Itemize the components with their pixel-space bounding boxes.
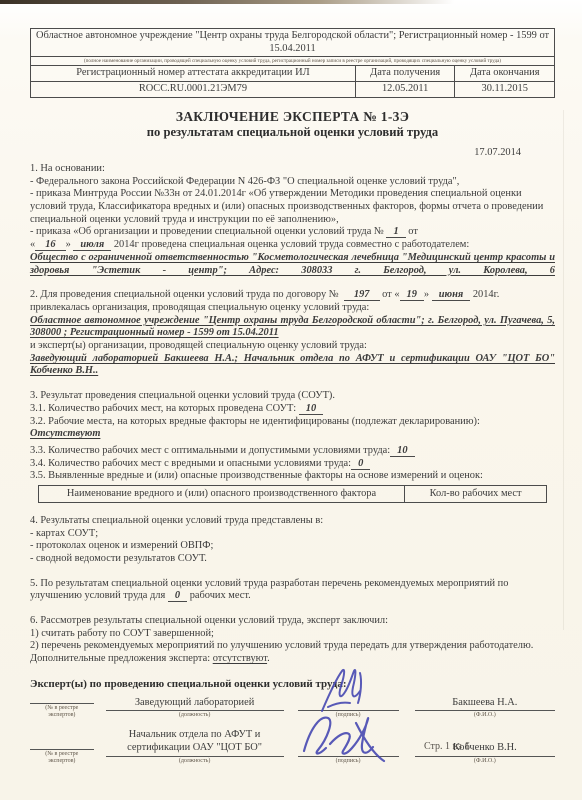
expert-name: Бакшеева Н.А. <box>415 697 555 712</box>
section-5-pre: 5. По результатам специальной оценки усл… <box>30 578 508 602</box>
section-5: 5. По результатам специальной оценки усл… <box>30 578 555 603</box>
measures-workplaces-value: 0 <box>168 590 187 602</box>
item-3-3: 3.3. Количество рабочих мест с оптимальн… <box>30 445 555 458</box>
order-month-value: июля <box>73 239 111 251</box>
document-content: Областное автономное учреждение "Центр о… <box>0 0 582 765</box>
contract-day-value: 19 <box>400 289 424 301</box>
order-number-value: 1 <box>386 226 405 238</box>
position-caption: (должность) <box>106 711 284 719</box>
registry-caption: (№ в реестреэкспертов) <box>30 703 94 719</box>
conclusion-item-2: 2) перечень рекомендуемых мероприятий по… <box>30 640 555 653</box>
section-4-heading: 4. Результаты специальной оценки условий… <box>30 515 555 528</box>
factor-count-header: Кол-во рабочих мест <box>404 486 546 503</box>
position-field: Заведующий лабораторией (должность) <box>106 697 284 720</box>
accreditation-table: Областное автономное учреждение "Центр о… <box>30 28 555 98</box>
item-text: 3.1. Количество рабочих мест, на которых… <box>30 403 296 414</box>
caption-text: экспертов) <box>48 758 75 764</box>
registry-number-field: (№ в реестреэкспертов) <box>30 703 94 719</box>
organization-caption-cell: (полное наименование организации, провод… <box>31 57 555 66</box>
order-text: от <box>408 226 418 237</box>
expert-position: Начальник отдела по АФУТ и сертификации … <box>106 729 284 756</box>
table-row: Регистрационный номер аттестата аккредит… <box>31 66 555 82</box>
contract-month-value: июня <box>432 289 471 301</box>
position-caption: (должность) <box>106 757 284 765</box>
contract-number-value: 197 <box>344 289 380 301</box>
order-day-value: 16 <box>35 239 65 251</box>
signature-line <box>298 698 399 711</box>
item-text: 3.3. Количество рабочих мест с оптимальн… <box>30 445 390 456</box>
document-date: 17.07.2014 <box>30 147 555 160</box>
item-3-5: 3.5. Выявленные вредные и (или) опасные … <box>30 470 555 483</box>
item-3-4: 3.4. Количество рабочих мест с вредными … <box>30 458 555 471</box>
caption-text: экспертов) <box>48 712 75 718</box>
section-2-contract-line: 2. Для проведения специальной оценки усл… <box>30 289 555 314</box>
date-expiry-header: Дата окончания <box>455 66 555 82</box>
extra-proposals-line: Дополнительные предложения эксперта: отс… <box>30 653 555 666</box>
section-2: 2. Для проведения специальной оценки усл… <box>30 289 555 378</box>
list-item: - картах СОУТ; <box>30 528 555 541</box>
expert-signature-row-2: (№ в реестреэкспертов) Начальник отдела … <box>30 729 555 764</box>
optimal-workplaces-value: 10 <box>390 445 414 457</box>
order-text: - приказа «Об организации и проведении с… <box>30 226 384 237</box>
signature-field: (подпись) <box>298 744 399 765</box>
caption-text: (№ в реестре <box>45 705 78 711</box>
experts-names-filled: Заведующий лабораторией Бакшеева Н.А.; Н… <box>30 353 555 378</box>
harmful-factors-table: Наименование вредного и (или) опасного п… <box>38 485 547 503</box>
section-2-experts-line: и эксперт(ы) организации, проводящей спе… <box>30 340 555 353</box>
contract-text: от <box>382 289 392 300</box>
title-line-1: ЗАКЛЮЧЕНИЕ ЭКСПЕРТА № 1-3Э <box>30 111 555 124</box>
name-field: Бакшеева Н.А. (Ф.И.О.) <box>415 697 555 720</box>
table-row: (полное наименование организации, провод… <box>31 57 555 66</box>
table-row: ROCC.RU.0001.21ЭМ79 12.05.2011 30.11.201… <box>31 82 555 98</box>
caption-text: (№ в реестре <box>45 751 78 757</box>
extra-proposals-label: Дополнительные предложения эксперта: <box>30 653 210 664</box>
registry-number-field: (№ в реестреэкспертов) <box>30 749 94 765</box>
name-caption: (Ф.И.О.) <box>415 711 555 719</box>
name-caption: (Ф.И.О.) <box>415 757 555 765</box>
quote-mark: « <box>394 289 399 300</box>
quote-mark: » <box>66 239 71 250</box>
section-1-order-item: - приказа «Об организации и проведении с… <box>30 226 555 251</box>
signature-line <box>298 744 399 757</box>
list-item: - сводной ведомости результатов СОУТ. <box>30 553 555 566</box>
date-received-value: 12.05.2011 <box>355 82 455 98</box>
scan-artifact-right-edge <box>563 110 564 630</box>
title-line-2: по результатам специальной оценки услови… <box>30 126 555 139</box>
contract-text: 2014г. <box>473 289 499 300</box>
date-expiry-value: 30.11.2015 <box>455 82 555 98</box>
factor-name-header: Наименование вредного и (или) опасного п… <box>39 486 405 503</box>
table-row: Областное автономное учреждение "Центр о… <box>31 29 555 57</box>
page-number: Стр. 1 из 1 <box>424 741 469 752</box>
section-6-heading: 6. Рассмотрев результаты специальной оце… <box>30 615 555 628</box>
workplaces-total-value: 10 <box>299 403 323 415</box>
registry-caption: (№ в реестреэкспертов) <box>30 749 94 765</box>
employer-name-filled: Общество с ограниченной ответственностью… <box>30 252 555 277</box>
date-received-header: Дата получения <box>355 66 455 82</box>
accreditation-number-value: ROCC.RU.0001.21ЭМ79 <box>31 82 356 98</box>
section-1-order33-item: - приказа Минтруда России №33н от 24.01.… <box>30 188 555 226</box>
period: . <box>267 653 270 664</box>
list-item: - протоколах оценок и измерений ОВПФ; <box>30 540 555 553</box>
item-text: 3.4. Количество рабочих мест с вредными … <box>30 458 351 469</box>
scanned-document-page: Областное автономное учреждение "Центр о… <box>0 0 582 800</box>
organization-name-cell: Областное автономное учреждение "Центр о… <box>31 29 555 57</box>
expert-signature-row-1: (№ в реестреэкспертов) Заведующий лабора… <box>30 697 555 720</box>
section-4: 4. Результаты специальной оценки условий… <box>30 515 555 566</box>
quote-mark: » <box>424 289 429 300</box>
table-row: Наименование вредного и (или) опасного п… <box>39 486 547 503</box>
section-3-heading: 3. Результат проведения специальной оцен… <box>30 390 555 403</box>
harmful-workplaces-value: 0 <box>351 458 370 470</box>
section-1-law-item: - Федерального закона Российской Федерац… <box>30 176 555 189</box>
section-3: 3. Результат проведения специальной оцен… <box>30 390 555 503</box>
item-3-2: 3.2. Рабочие места, на которых вредные ф… <box>30 416 555 429</box>
signature-caption: (подпись) <box>298 711 399 719</box>
position-field: Начальник отдела по АФУТ и сертификации … <box>106 729 284 764</box>
section-1: 1. На основании: - Федерального закона Р… <box>30 163 555 277</box>
document-title: ЗАКЛЮЧЕНИЕ ЭКСПЕРТА № 1-3Э по результата… <box>30 111 555 138</box>
contract-text: 2. Для проведения специальной оценки усл… <box>30 289 339 300</box>
item-3-1: 3.1. Количество рабочих мест, на которых… <box>30 403 555 416</box>
conclusion-item-1: 1) считать работу по СОУТ завершенной; <box>30 628 555 641</box>
section-5-text: 5. По результатам специальной оценки усл… <box>30 578 555 603</box>
signature-field: (подпись) <box>298 698 399 719</box>
expert-position: Заведующий лабораторией <box>106 697 284 712</box>
experts-block-heading: Эксперт(ы) по проведению специальной оце… <box>30 678 555 691</box>
scan-artifact-top-edge <box>0 0 454 4</box>
accreditation-number-header: Регистрационный номер аттестата аккредит… <box>31 66 356 82</box>
extra-proposals-value: отсутствуют <box>213 653 267 664</box>
contract-text: привлекалась организация, проводящая спе… <box>30 302 369 313</box>
declared-absent-value: Отсутствуют <box>30 428 555 441</box>
section-6: 6. Рассмотрев результаты специальной оце… <box>30 615 555 666</box>
signature-caption: (подпись) <box>298 757 399 765</box>
order-text: 2014г проведена специальная оценка услов… <box>114 239 469 250</box>
section-1-heading: 1. На основании: <box>30 163 555 176</box>
soc-organization-filled: Областное автономное учреждение "Центр о… <box>30 315 555 340</box>
section-5-tail: рабочих мест. <box>190 590 251 601</box>
